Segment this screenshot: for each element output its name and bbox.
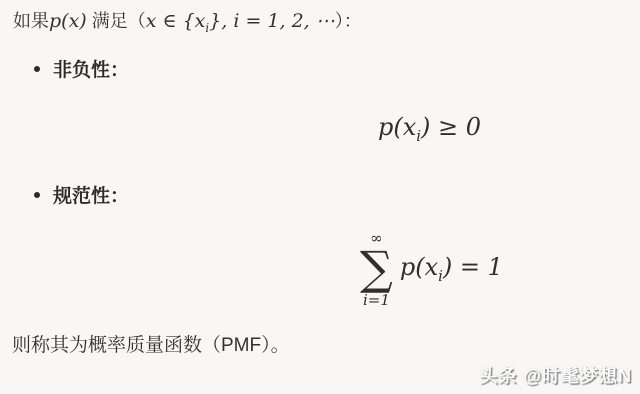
condition-pre: x ∈ {x	[146, 10, 206, 32]
bullet-dot-icon	[34, 192, 40, 198]
bullet-dot-icon	[34, 66, 40, 72]
formula-nonnegativity: p(xi) ≥ 0	[378, 113, 481, 145]
summation-block: ∞ ∑ i=1	[360, 231, 393, 308]
sigma-icon: ∑	[360, 247, 393, 291]
conclusion-text: 则称其为概率质量函数（PMF）。	[12, 330, 290, 357]
formula2-body: p(xi) = 1	[400, 253, 503, 285]
bullet-nonnegativity: 非负性：	[34, 55, 129, 82]
formula2-post: ) = 1	[443, 253, 503, 281]
intro-function-math: p(x)	[49, 10, 87, 32]
intro-line: 如果p(x) 满足（x ∈ {xi}, i = 1, 2, ⋯）：	[13, 6, 362, 43]
formula2-pre: p(x	[400, 253, 438, 281]
formula1-pre: p(x	[378, 113, 416, 141]
bullet-normalization: 规范性：	[34, 181, 129, 208]
formula1-post: ) ≥ 0	[421, 113, 481, 141]
intro-close: ）：	[335, 11, 362, 31]
bullet-nonnegativity-label: 非负性：	[53, 55, 129, 82]
toutiao-watermark: 头条 @时髦梦想N	[479, 362, 632, 388]
intro-mid: 满足（	[87, 11, 146, 31]
pmf-definition-document: 如果p(x) 满足（x ∈ {xi}, i = 1, 2, ⋯）： 非负性： p…	[0, 0, 640, 394]
condition-post: }, i = 1, 2, ⋯	[209, 10, 335, 32]
sum-lower-limit: i=1	[363, 293, 390, 308]
intro-condition-math: x ∈ {xi}, i = 1, 2, ⋯	[146, 10, 335, 32]
bullet-normalization-label: 规范性：	[53, 181, 129, 208]
intro-prefix: 如果	[13, 11, 49, 31]
formula-normalization: ∞ ∑ i=1 p(xi) = 1	[360, 231, 503, 308]
